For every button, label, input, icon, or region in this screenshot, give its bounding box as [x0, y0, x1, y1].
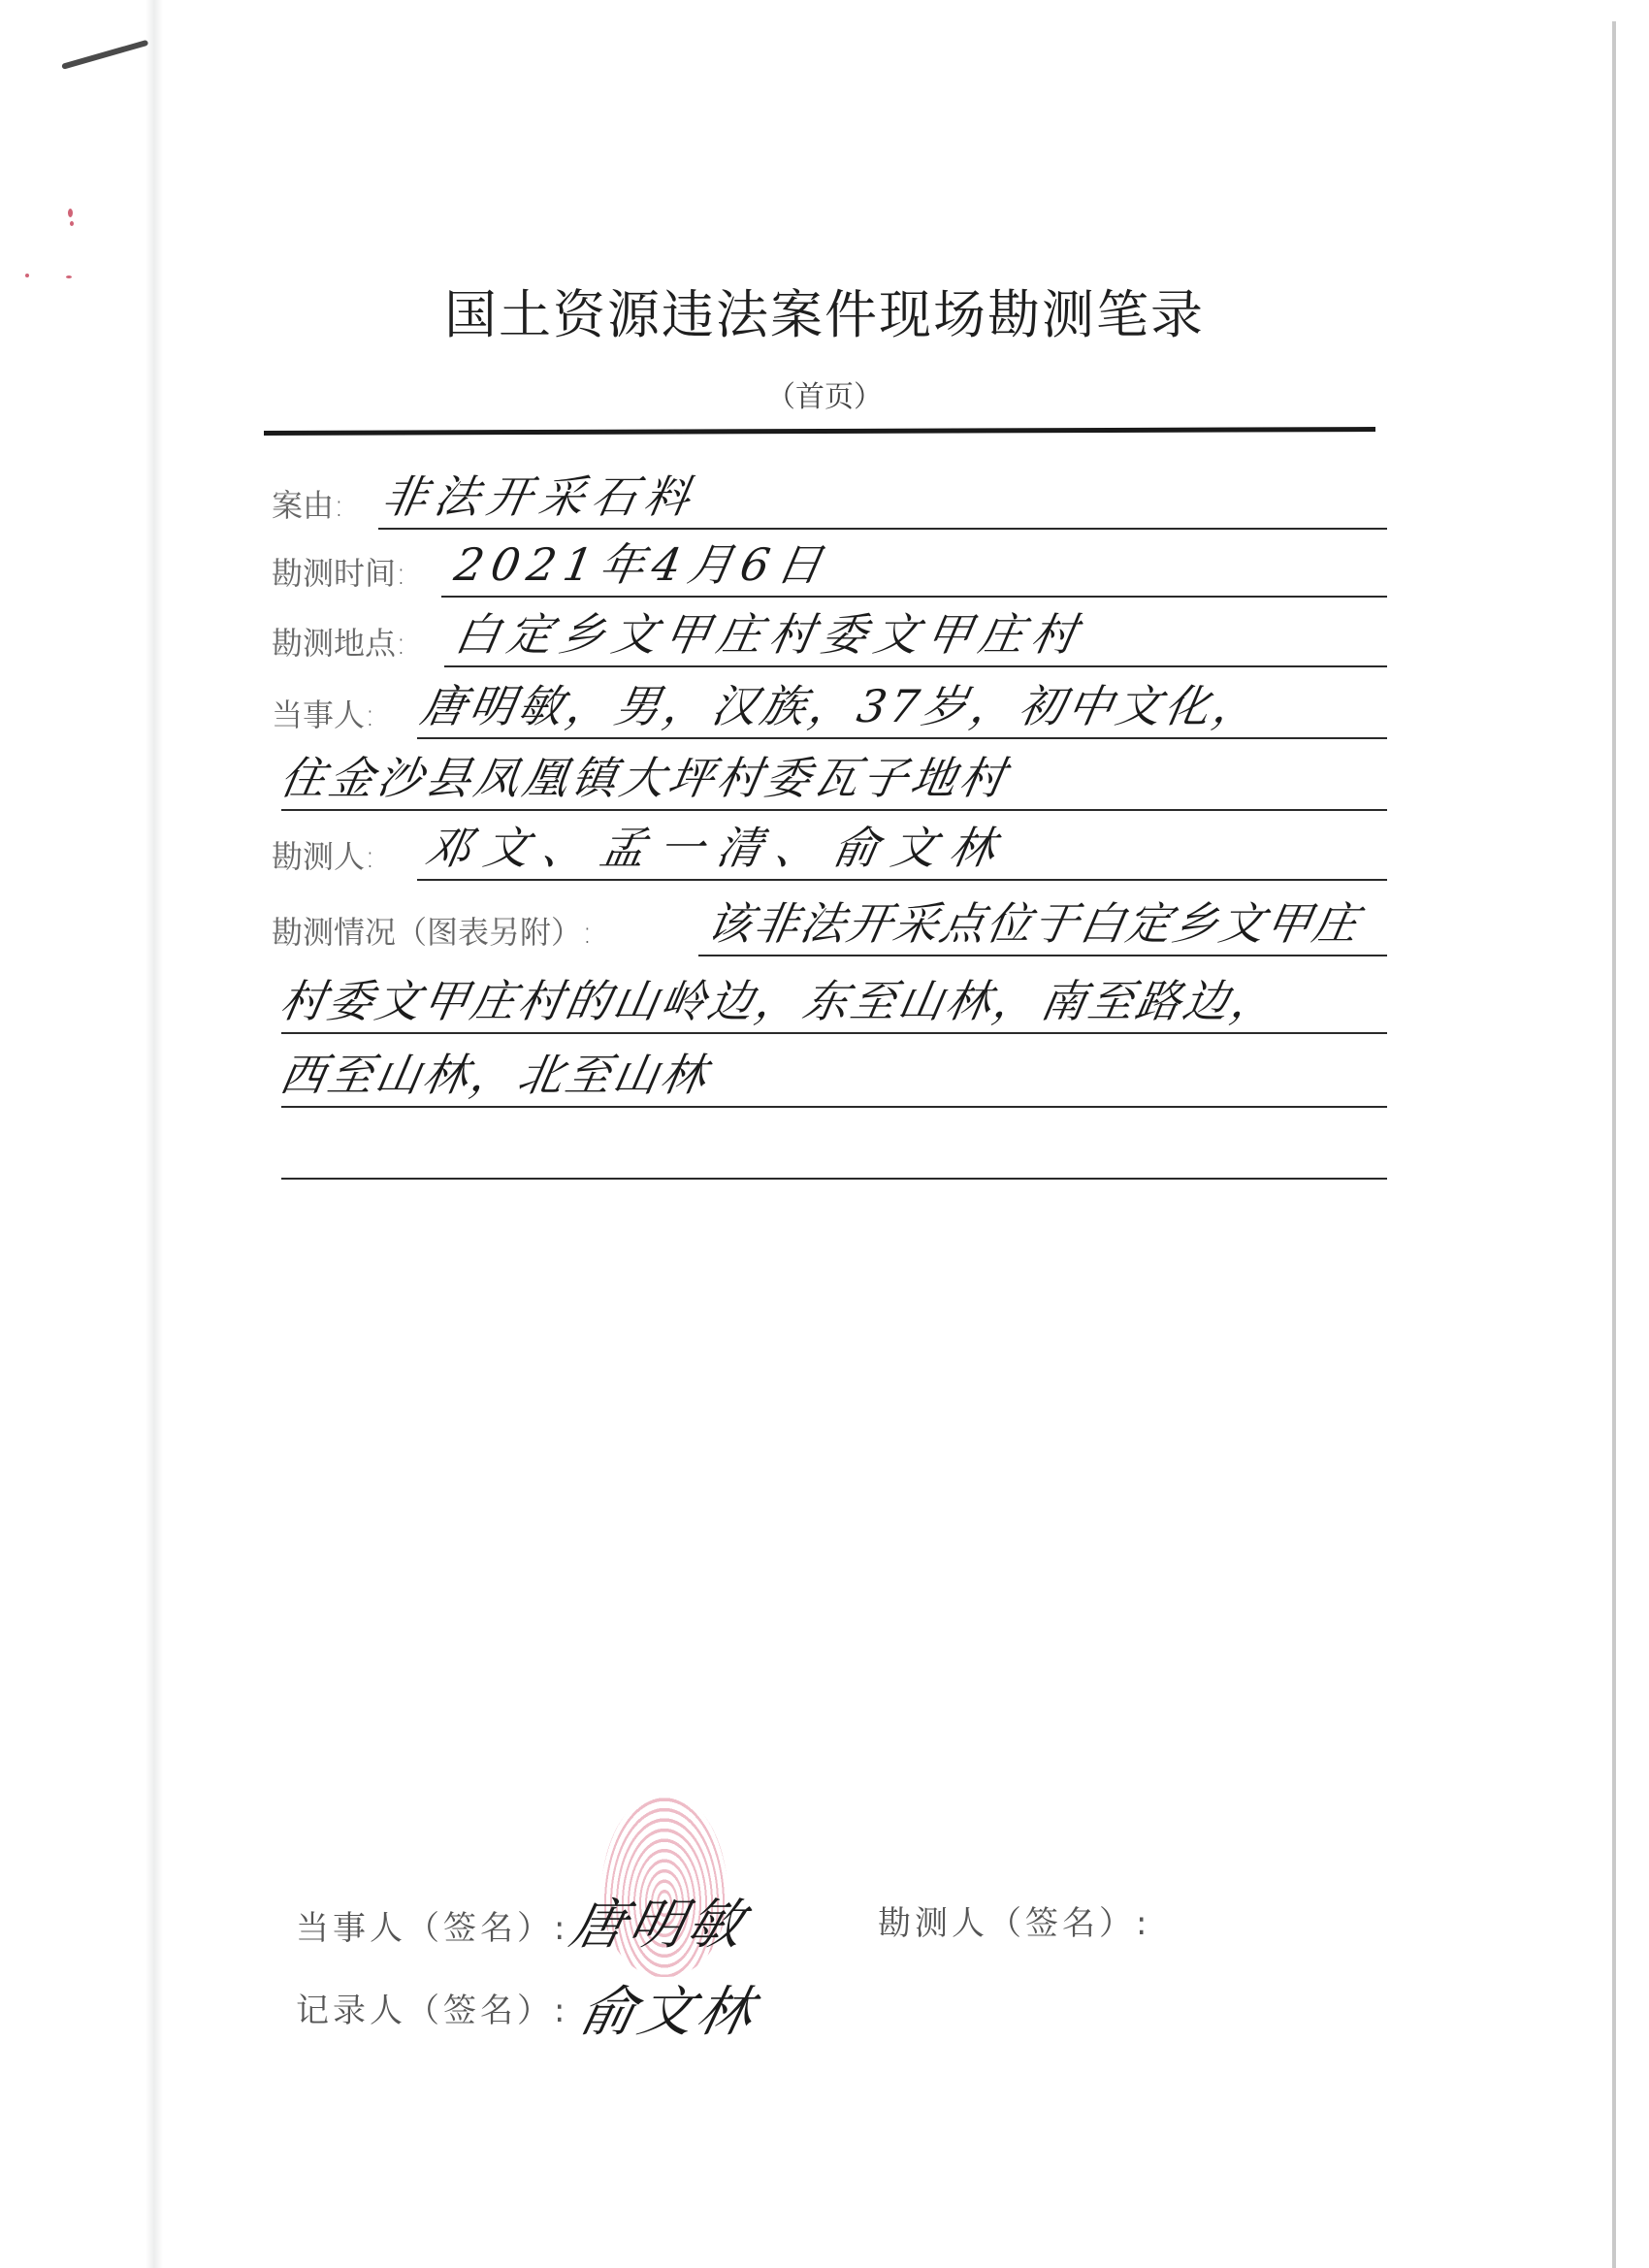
underline [441, 596, 1387, 598]
field-survey-situation-cont: 西至山林，北至山林 [272, 1053, 1387, 1112]
case-reason-value: 非法开采石料 [377, 462, 703, 526]
survey-time-value: 2021年4月6日 [450, 530, 835, 594]
field-party-cont: 住金沙县凤凰镇大坪村委瓦子地村 [272, 757, 1387, 815]
underline [444, 665, 1387, 667]
document-title: 国土资源违法案件现场勘测笔录 [0, 274, 1649, 348]
surveyors-value: 邓文、孟一清、俞文林 [421, 813, 1015, 877]
document-subtitle: （首页） [0, 373, 1649, 415]
underline [281, 1106, 1387, 1108]
survey-situation-line3: 西至山林，北至山林 [275, 1040, 715, 1104]
party-label: 当事人: [272, 691, 375, 735]
field-survey-situation-cont: 村委文甲庄村的山岭边，东至山林，南至路边， [272, 980, 1387, 1038]
party-value-line1: 唐明敏，男，汉族，37岁，初中文化， [416, 671, 1268, 735]
party-value-line2: 住金沙县凤凰镇大坪村委瓦子地村 [275, 743, 1015, 807]
survey-location-value: 白定乡文甲庄村委文甲庄村 [450, 599, 1090, 664]
survey-situation-line1: 该非法开采点位于白定乡文甲庄 [702, 889, 1366, 953]
underline [417, 879, 1387, 881]
ink-speck [70, 221, 74, 226]
ink-speck [68, 209, 73, 217]
survey-situation-line2: 村委文甲庄村的山岭边，东至山林，南至路边， [275, 966, 1285, 1030]
header-divider [264, 427, 1375, 436]
underline [417, 737, 1387, 739]
party-signature: 唐明敏 [564, 1882, 755, 1960]
underline [698, 955, 1387, 956]
survey-location-label: 勘测地点: [272, 619, 406, 664]
field-survey-situation: 勘测情况（图表另附）: 该非法开采点位于白定乡文甲庄 [272, 902, 1387, 960]
field-survey-location: 勘测地点: 白定乡文甲庄村委文甲庄村 [272, 613, 1387, 671]
surveyors-label: 勘测人: [272, 832, 375, 877]
staple-mark [61, 40, 148, 70]
field-survey-time: 勘测时间: 2021年4月6日 [272, 543, 1387, 601]
field-case-reason: 案由: 非法开采石料 [272, 475, 1387, 534]
page-edge [1612, 21, 1616, 2268]
recorder-signature-label: 记录人（签名）: [296, 1984, 568, 2031]
surveyor-signature-label: 勘测人（签名）: [878, 1896, 1150, 1944]
field-surveyors: 勘测人: 邓文、孟一清、俞文林 [272, 826, 1387, 885]
party-signature-label: 当事人（签名）: [296, 1901, 568, 1949]
underline [281, 809, 1387, 811]
underline [281, 1032, 1387, 1034]
field-survey-situation-cont [272, 1125, 1387, 1183]
field-party: 当事人: 唐明敏，男，汉族，37岁，初中文化， [272, 685, 1387, 743]
survey-situation-label: 勘测情况（图表另附）: [272, 908, 593, 953]
recorder-signature: 俞文林 [573, 1969, 764, 2047]
case-reason-label: 案由: [272, 481, 344, 526]
survey-time-label: 勘测时间: [272, 549, 406, 594]
underline [281, 1178, 1387, 1180]
